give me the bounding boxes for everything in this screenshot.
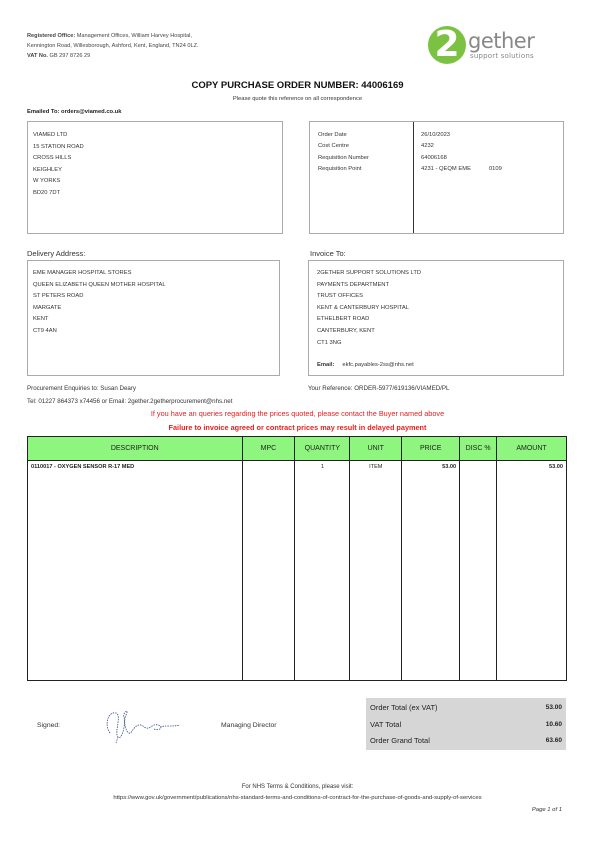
procurement-contact: Tel: 01227 864373 x74456 or Email: 2geth…: [27, 397, 232, 407]
delivery-line: CT9 4AN: [33, 326, 274, 338]
registered-office-label: Registered Office:: [27, 33, 75, 39]
logo-circle-icon: 2: [428, 26, 466, 64]
supplier-line: BD20 7DT: [33, 188, 277, 200]
item-unit: ITEM: [350, 461, 402, 471]
requisition-point-code: 0109: [489, 164, 502, 175]
vat-total-value: 10.60: [546, 717, 562, 734]
col-disc: DISC %: [460, 437, 497, 461]
supplier-address-box: VIAMED LTD 15 STATION ROAD CROSS HILLS K…: [27, 121, 283, 234]
order-info-box: Order Date Cost Centre Requisition Numbe…: [309, 121, 564, 234]
grand-total-label: Order Grand Total: [370, 733, 430, 750]
requisition-point-label: Requisition Point: [318, 164, 369, 175]
invoice-line: CT1 3NG: [317, 338, 555, 350]
supplier-line: 15 STATION ROAD: [33, 142, 277, 154]
signed-label: Signed:: [37, 722, 60, 729]
invoice-line: ETHELBERT ROAD: [317, 314, 555, 326]
terms-link[interactable]: https://www.gov.uk/government/publicatio…: [0, 795, 595, 801]
procurement-enquiries: Procurement Enquiries to: Susan Deary: [27, 384, 136, 394]
signature-image: [96, 703, 186, 745]
item-quantity: 1: [295, 461, 350, 471]
cost-centre-value: 4232: [421, 141, 502, 152]
supplier-line: CROSS HILLS: [33, 153, 277, 165]
your-reference: Your Reference: ORDER-5977/619136/VIAMED…: [308, 384, 449, 394]
col-unit: UNIT: [350, 437, 402, 461]
order-date-label: Order Date: [318, 130, 369, 141]
page-subtitle: Please quote this reference on all corre…: [0, 96, 595, 102]
page-title: COPY PURCHASE ORDER NUMBER: 44006169: [0, 80, 595, 91]
items-table: DESCRIPTION MPC QUANTITY UNIT PRICE DISC…: [27, 436, 567, 681]
item-price: 53.00: [402, 461, 460, 471]
requisition-point-value: 4231 - QEQM EME: [421, 166, 471, 172]
registered-office-line2: Kennington Road, Willesborough, Ashford,…: [27, 41, 307, 51]
table-row: 0110017 - OXYGEN SENSOR R-17 MED 1 ITEM …: [28, 461, 567, 471]
terms-notice: For NHS Terms & Conditions, please visit…: [0, 784, 595, 790]
invoice-line: TRUST OFFICES: [317, 291, 555, 303]
item-disc: [460, 461, 497, 471]
invoice-to-label: Invoice To:: [310, 249, 346, 258]
item-amount: 53.00: [497, 461, 567, 471]
invoice-address-box: 2GETHER SUPPORT SOLUTIONS LTD PAYMENTS D…: [308, 260, 564, 376]
delivery-address-label: Delivery Address:: [27, 249, 85, 258]
requisition-number-label: Requisition Number: [318, 153, 369, 164]
delivery-line: EME MANAGER HOSPITAL STORES: [33, 268, 274, 280]
table-header-row: DESCRIPTION MPC QUANTITY UNIT PRICE DISC…: [28, 437, 567, 461]
item-description: 0110017 - OXYGEN SENSOR R-17 MED: [28, 461, 243, 471]
delivery-line: KENT: [33, 314, 274, 326]
invoice-email-label: Email:: [317, 362, 334, 368]
delivery-line: ST PETERS ROAD: [33, 291, 274, 303]
col-amount: AMOUNT: [497, 437, 567, 461]
invoice-email-link[interactable]: ekfc.payables-2ss@nhs.net: [342, 362, 413, 368]
col-quantity: QUANTITY: [295, 437, 350, 461]
company-logo: 2 gether support solutions: [428, 26, 573, 68]
supplier-line: W YORKS: [33, 176, 277, 188]
logo-tagline: support solutions: [470, 52, 534, 60]
col-price: PRICE: [402, 437, 460, 461]
requisition-number-value: 64006168: [421, 153, 502, 164]
cost-centre-label: Cost Centre: [318, 141, 369, 152]
grand-total-row: Order Grand Total63.60: [370, 733, 562, 750]
vat-total-label: VAT Total: [370, 717, 401, 734]
table-filler-row: [28, 470, 567, 680]
invoice-line: KENT & CANTERBURY HOSPITAL: [317, 303, 555, 315]
col-description: DESCRIPTION: [28, 437, 243, 461]
supplier-line: KEIGHLEY: [33, 165, 277, 177]
invoice-line: CANTERBURY, KENT: [317, 326, 555, 338]
order-total-label: Order Total (ex VAT): [370, 700, 438, 717]
page-number: Page 1 of 1: [532, 807, 562, 813]
totals-box: Order Total (ex VAT)53.00 VAT Total10.60…: [366, 698, 566, 750]
emailed-to: Emailed To: orders@viamed.co.uk: [27, 109, 121, 115]
grand-total-value: 63.60: [546, 733, 562, 750]
registered-office-line1: Management Offices, William Harvey Hospi…: [77, 33, 192, 39]
item-mpc: [242, 461, 295, 471]
vat-total-row: VAT Total10.60: [370, 717, 562, 734]
divider: [413, 122, 414, 233]
signatory-title: Managing Director: [221, 722, 277, 729]
col-mpc: MPC: [242, 437, 295, 461]
logo-wordmark: gether: [468, 30, 534, 52]
supplier-line: VIAMED LTD: [33, 130, 277, 142]
delivery-line: QUEEN ELIZABETH QUEEN MOTHER HOSPITAL: [33, 280, 274, 292]
vat-label: VAT No.: [27, 53, 48, 59]
vat-number: GB 297 8726 29: [49, 53, 90, 59]
invoice-line: PAYMENTS DEPARTMENT: [317, 280, 555, 292]
delivery-address-box: EME MANAGER HOSPITAL STORES QUEEN ELIZAB…: [27, 260, 280, 376]
delivery-line: MARGATE: [33, 303, 274, 315]
payment-warning: Failure to invoice agreed or contract pr…: [0, 423, 595, 432]
invoice-line: 2GETHER SUPPORT SOLUTIONS LTD: [317, 268, 555, 280]
order-date-value: 26/10/2023: [421, 130, 502, 141]
order-total-row: Order Total (ex VAT)53.00: [370, 700, 562, 717]
registered-office: Registered Office: Management Offices, W…: [27, 31, 307, 61]
price-query-notice: If you have an queries regarding the pri…: [0, 409, 595, 418]
order-total-value: 53.00: [546, 700, 562, 717]
